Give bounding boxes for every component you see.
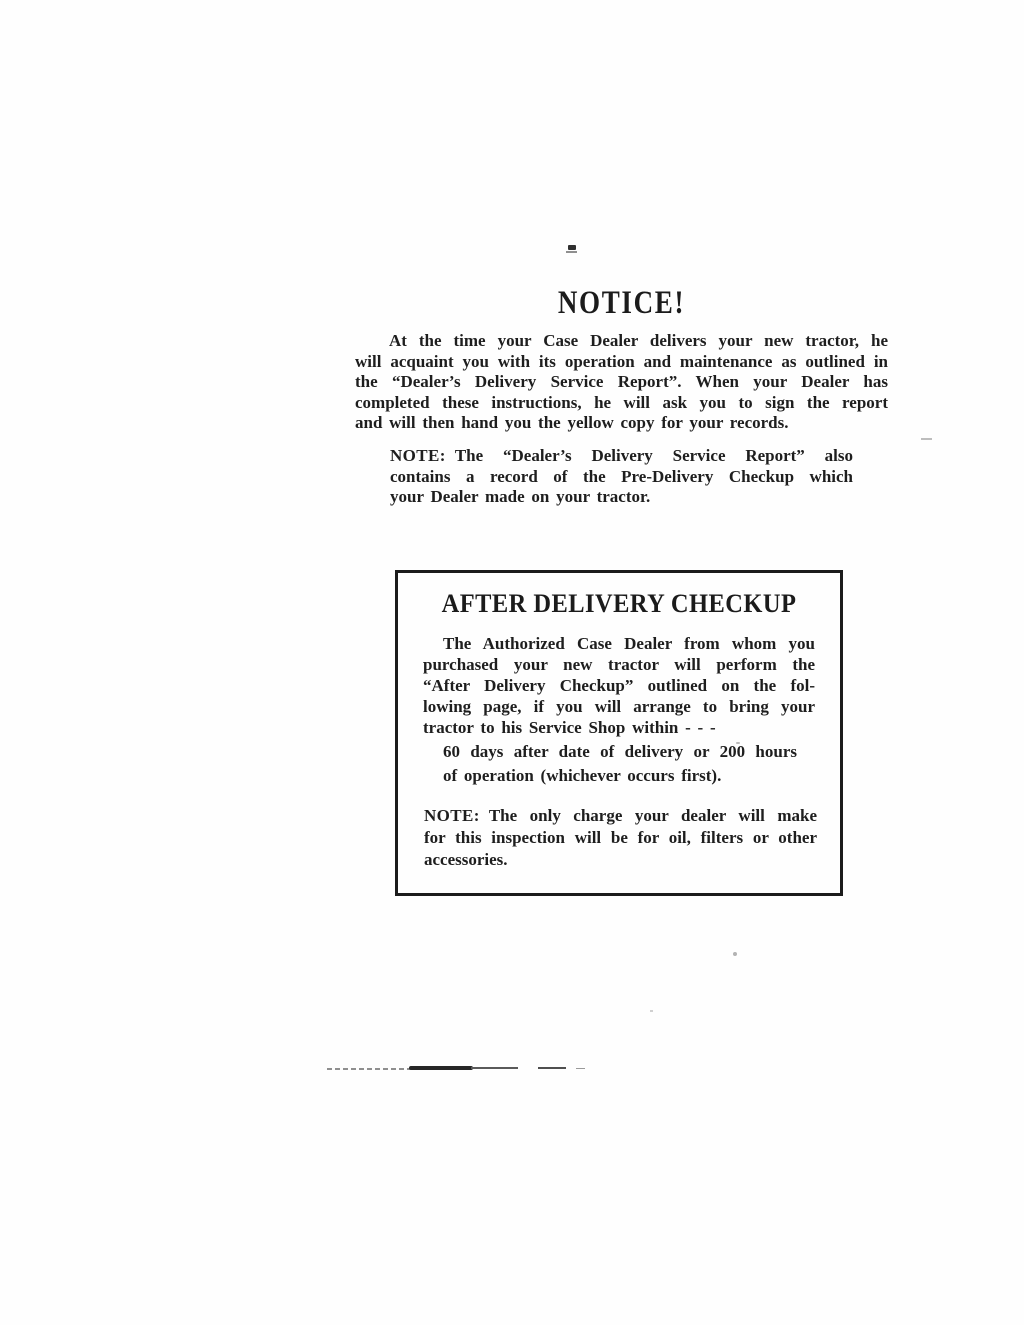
manual-page: NOTICE! At the time your Case Dealer del… (0, 0, 1024, 1325)
scan-rule-artifact (327, 1068, 411, 1070)
note-paragraph: NOTE:The “Dealer’s Delivery Service Repo… (390, 446, 853, 508)
text-line: At the time your Case Dealer delivers yo… (355, 331, 888, 352)
scan-rule-artifact (409, 1066, 473, 1070)
text-line: The Authorized Case Dealer from whom you (423, 633, 815, 654)
scan-rule-artifact (576, 1068, 585, 1069)
text-line: purchased your new tractor will perform … (423, 654, 815, 675)
text-line: contains a record of the Pre-Delivery Ch… (390, 467, 853, 488)
text-line: NOTE:The only charge your dealer will ma… (424, 805, 817, 827)
after-delivery-checkup-box: AFTER DELIVERY CHECKUP The Authorized Ca… (395, 570, 843, 896)
scan-speck-artifact (736, 742, 740, 744)
text-line: NOTE:The “Dealer’s Delivery Service Repo… (390, 446, 853, 467)
note-label: NOTE: (390, 446, 446, 465)
scan-speck-artifact (733, 952, 737, 956)
text-line: and will then hand you the yellow copy f… (355, 413, 888, 434)
box-body-paragraph: The Authorized Case Dealer from whom you… (423, 633, 815, 738)
note-label: NOTE: (424, 806, 480, 825)
text-line: for this inspection will be for oil, fil… (424, 827, 817, 849)
scan-speck-artifact (650, 1010, 653, 1012)
scan-smudge-artifact (568, 245, 576, 250)
intro-paragraph: At the time your Case Dealer delivers yo… (355, 331, 888, 434)
text-line: 60 days after date of delivery or 200 ho… (443, 740, 797, 764)
text-line: the “Dealer’s Delivery Service Report”. … (355, 372, 888, 393)
text-line: of operation (whichever occurs first). (443, 764, 797, 788)
box-note-paragraph: NOTE:The only charge your dealer will ma… (424, 805, 817, 871)
scan-speck-artifact (921, 438, 932, 440)
text-line: lowing page, if you will arrange to brin… (423, 696, 815, 717)
page-title: NOTICE! (403, 286, 840, 320)
text-line: your Dealer made on your tractor. (390, 487, 853, 508)
text-line: tractor to his Service Shop within - - - (423, 717, 815, 738)
scan-smudge-artifact (566, 251, 577, 253)
scan-rule-artifact (538, 1067, 566, 1069)
text-line: “After Delivery Checkup” outlined on the… (423, 675, 815, 696)
text-line: completed these instructions, he will as… (355, 393, 888, 414)
box-timeframe-paragraph: 60 days after date of delivery or 200 ho… (443, 740, 797, 788)
scan-rule-artifact (471, 1067, 518, 1069)
text-line: accessories. (424, 849, 817, 871)
box-title: AFTER DELIVERY CHECKUP (411, 589, 826, 619)
text-line: will acquaint you with its operation and… (355, 352, 888, 373)
